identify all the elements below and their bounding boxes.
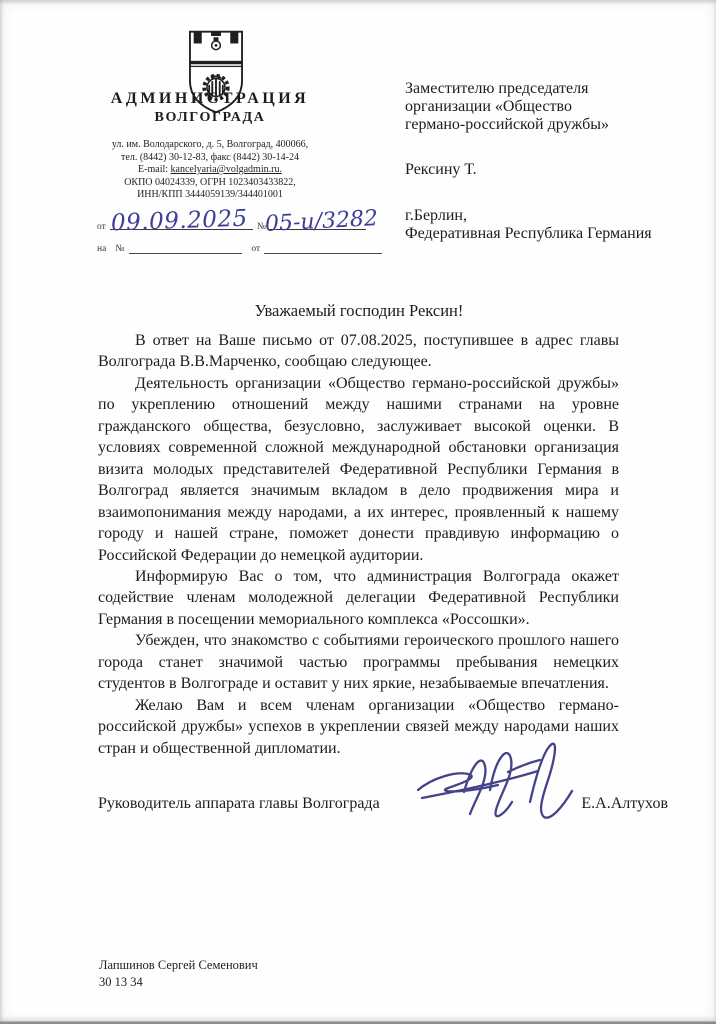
recipient-block: Заместителю председателя организации «Об… <box>405 80 697 243</box>
body-paragraph: Убежден, что знакомство с событиями геро… <box>98 630 619 694</box>
recipient-org-line2: германо-российской дружбы» <box>405 116 697 134</box>
handwritten-signature-icon <box>410 740 582 830</box>
executor-name: Лапшинов Сергей Семенович <box>99 957 258 974</box>
scan-edge-left <box>0 0 4 1024</box>
body-paragraph: Деятельность организации «Общество герма… <box>98 373 619 566</box>
org-okpo-line: ОКПО 04024339, ОГРН 1023403433822, <box>58 177 362 190</box>
scanned-letter-page: АДМИНИСТРАЦИЯ ВОЛГОГРАДА ул. им. Володар… <box>0 0 716 1024</box>
executor-block: Лапшинов Сергей Семенович 30 13 34 <box>99 957 258 991</box>
org-email-line: E-mail: kancelyaria@volgadmin.ru. <box>58 164 362 177</box>
scan-edge-top <box>0 0 716 5</box>
org-name-line1: АДМИНИСТРАЦИЯ <box>58 90 362 108</box>
recipient-city: г.Берлин, <box>405 207 697 225</box>
recipient-country: Федеративная Республика Германия <box>405 225 697 243</box>
signer-position-title: Руководитель аппарата главы Волгограда <box>98 795 380 813</box>
signer-name: Е.А.Алтухов <box>581 795 668 813</box>
recipient-org-line: организации «Общество <box>405 98 697 116</box>
signature-row: Руководитель аппарата главы Волгограда Е… <box>98 795 668 813</box>
ref2-from-label: от <box>251 244 260 254</box>
ref-from-label: от <box>97 222 106 232</box>
outgoing-ref-line: от 09.09.2025 № 05-и/3282 <box>97 197 369 239</box>
handwritten-date: 09.09.2025 <box>111 206 249 237</box>
ref2-number-label: № <box>115 244 124 254</box>
email-link[interactable]: kancelyaria@volgadmin.ru. <box>171 164 282 175</box>
org-contact-block: ул. им. Володарского, д. 5, Волгоград, 4… <box>58 139 362 202</box>
scan-edge-bottom <box>0 1016 716 1024</box>
org-phone-line: тел. (8442) 30-12-83, факс (8442) 30-14-… <box>58 152 362 165</box>
body-paragraph: В ответ на Ваше письмо от 07.08.2025, по… <box>98 330 619 373</box>
recipient-name: Рексину Т. <box>405 161 697 179</box>
salutation: Уважаемый господин Рексин! <box>98 301 620 321</box>
ref2-na-label: на <box>97 244 106 254</box>
org-name-line2: ВОЛГОГРАДА <box>58 110 362 126</box>
email-label: E-mail: <box>138 164 171 175</box>
ref2-date-blank <box>264 242 382 254</box>
org-name-block: АДМИНИСТРАЦИЯ ВОЛГОГРАДА <box>58 90 362 126</box>
org-address-line: ул. им. Володарского, д. 5, Волгоград, 4… <box>58 139 362 152</box>
letter-body: В ответ на Ваше письмо от 07.08.2025, по… <box>98 330 619 759</box>
executor-phone: 30 13 34 <box>99 974 258 991</box>
incoming-ref-line: на№от <box>97 242 382 258</box>
recipient-title-line: Заместителю председателя <box>405 80 697 98</box>
body-paragraph: Информирую Вас о том, что администрация … <box>98 566 619 630</box>
ref2-number-blank <box>129 242 242 254</box>
handwritten-number: 05-и/3282 <box>264 206 378 237</box>
